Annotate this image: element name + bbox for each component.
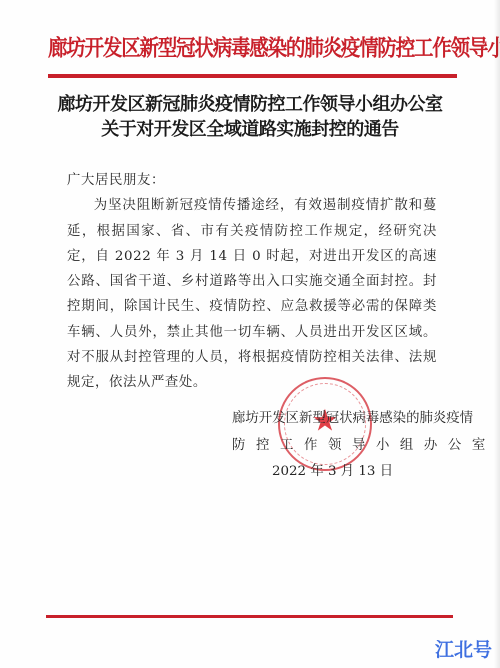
signature-line-2: 防控工作领导小组办公室 bbox=[232, 433, 496, 460]
title-line-1: 廊坊开发区新冠肺炎疫情防控工作领导小组办公室 bbox=[40, 92, 460, 117]
document-body: 广大居民朋友： 为坚决阻断新冠疫情传播途经，有效遏制疫情扩散和蔓延，根据国家、省… bbox=[67, 168, 437, 396]
masthead-red-rule bbox=[48, 74, 457, 78]
body-paragraph: 为坚决阻断新冠疫情传播途经，有效遏制疫情扩散和蔓延，根据国家、省、市有关疫情防控… bbox=[67, 193, 437, 395]
page-edge-shadow bbox=[494, 0, 500, 668]
salutation: 广大居民朋友： bbox=[67, 168, 437, 193]
signature-line-1: 廊坊开发区新型冠状病毒感染的肺炎疫情 bbox=[232, 406, 496, 433]
title-line-2: 关于对开发区全域道路实施封控的通告 bbox=[40, 117, 460, 142]
document-title: 廊坊开发区新冠肺炎疫情防控工作领导小组办公室 关于对开发区全域道路实施封控的通告 bbox=[40, 92, 460, 142]
footer-red-rule bbox=[46, 615, 453, 618]
masthead-org-name: 廊坊开发区新型冠状病毒感染的肺炎疫情防控工作领导小组办公室 bbox=[48, 28, 458, 69]
signature-block: 廊坊开发区新型冠状病毒感染的肺炎疫情 防控工作领导小组办公室 2022 年 3 … bbox=[232, 406, 496, 486]
notice-document: 廊坊开发区新型冠状病毒感染的肺炎疫情防控工作领导小组办公室 廊坊开发区新冠肺炎疫… bbox=[0, 0, 500, 668]
signature-date: 2022 年 3 月 13 日 bbox=[232, 459, 496, 486]
watermark-logo: 江北号 bbox=[435, 635, 492, 662]
